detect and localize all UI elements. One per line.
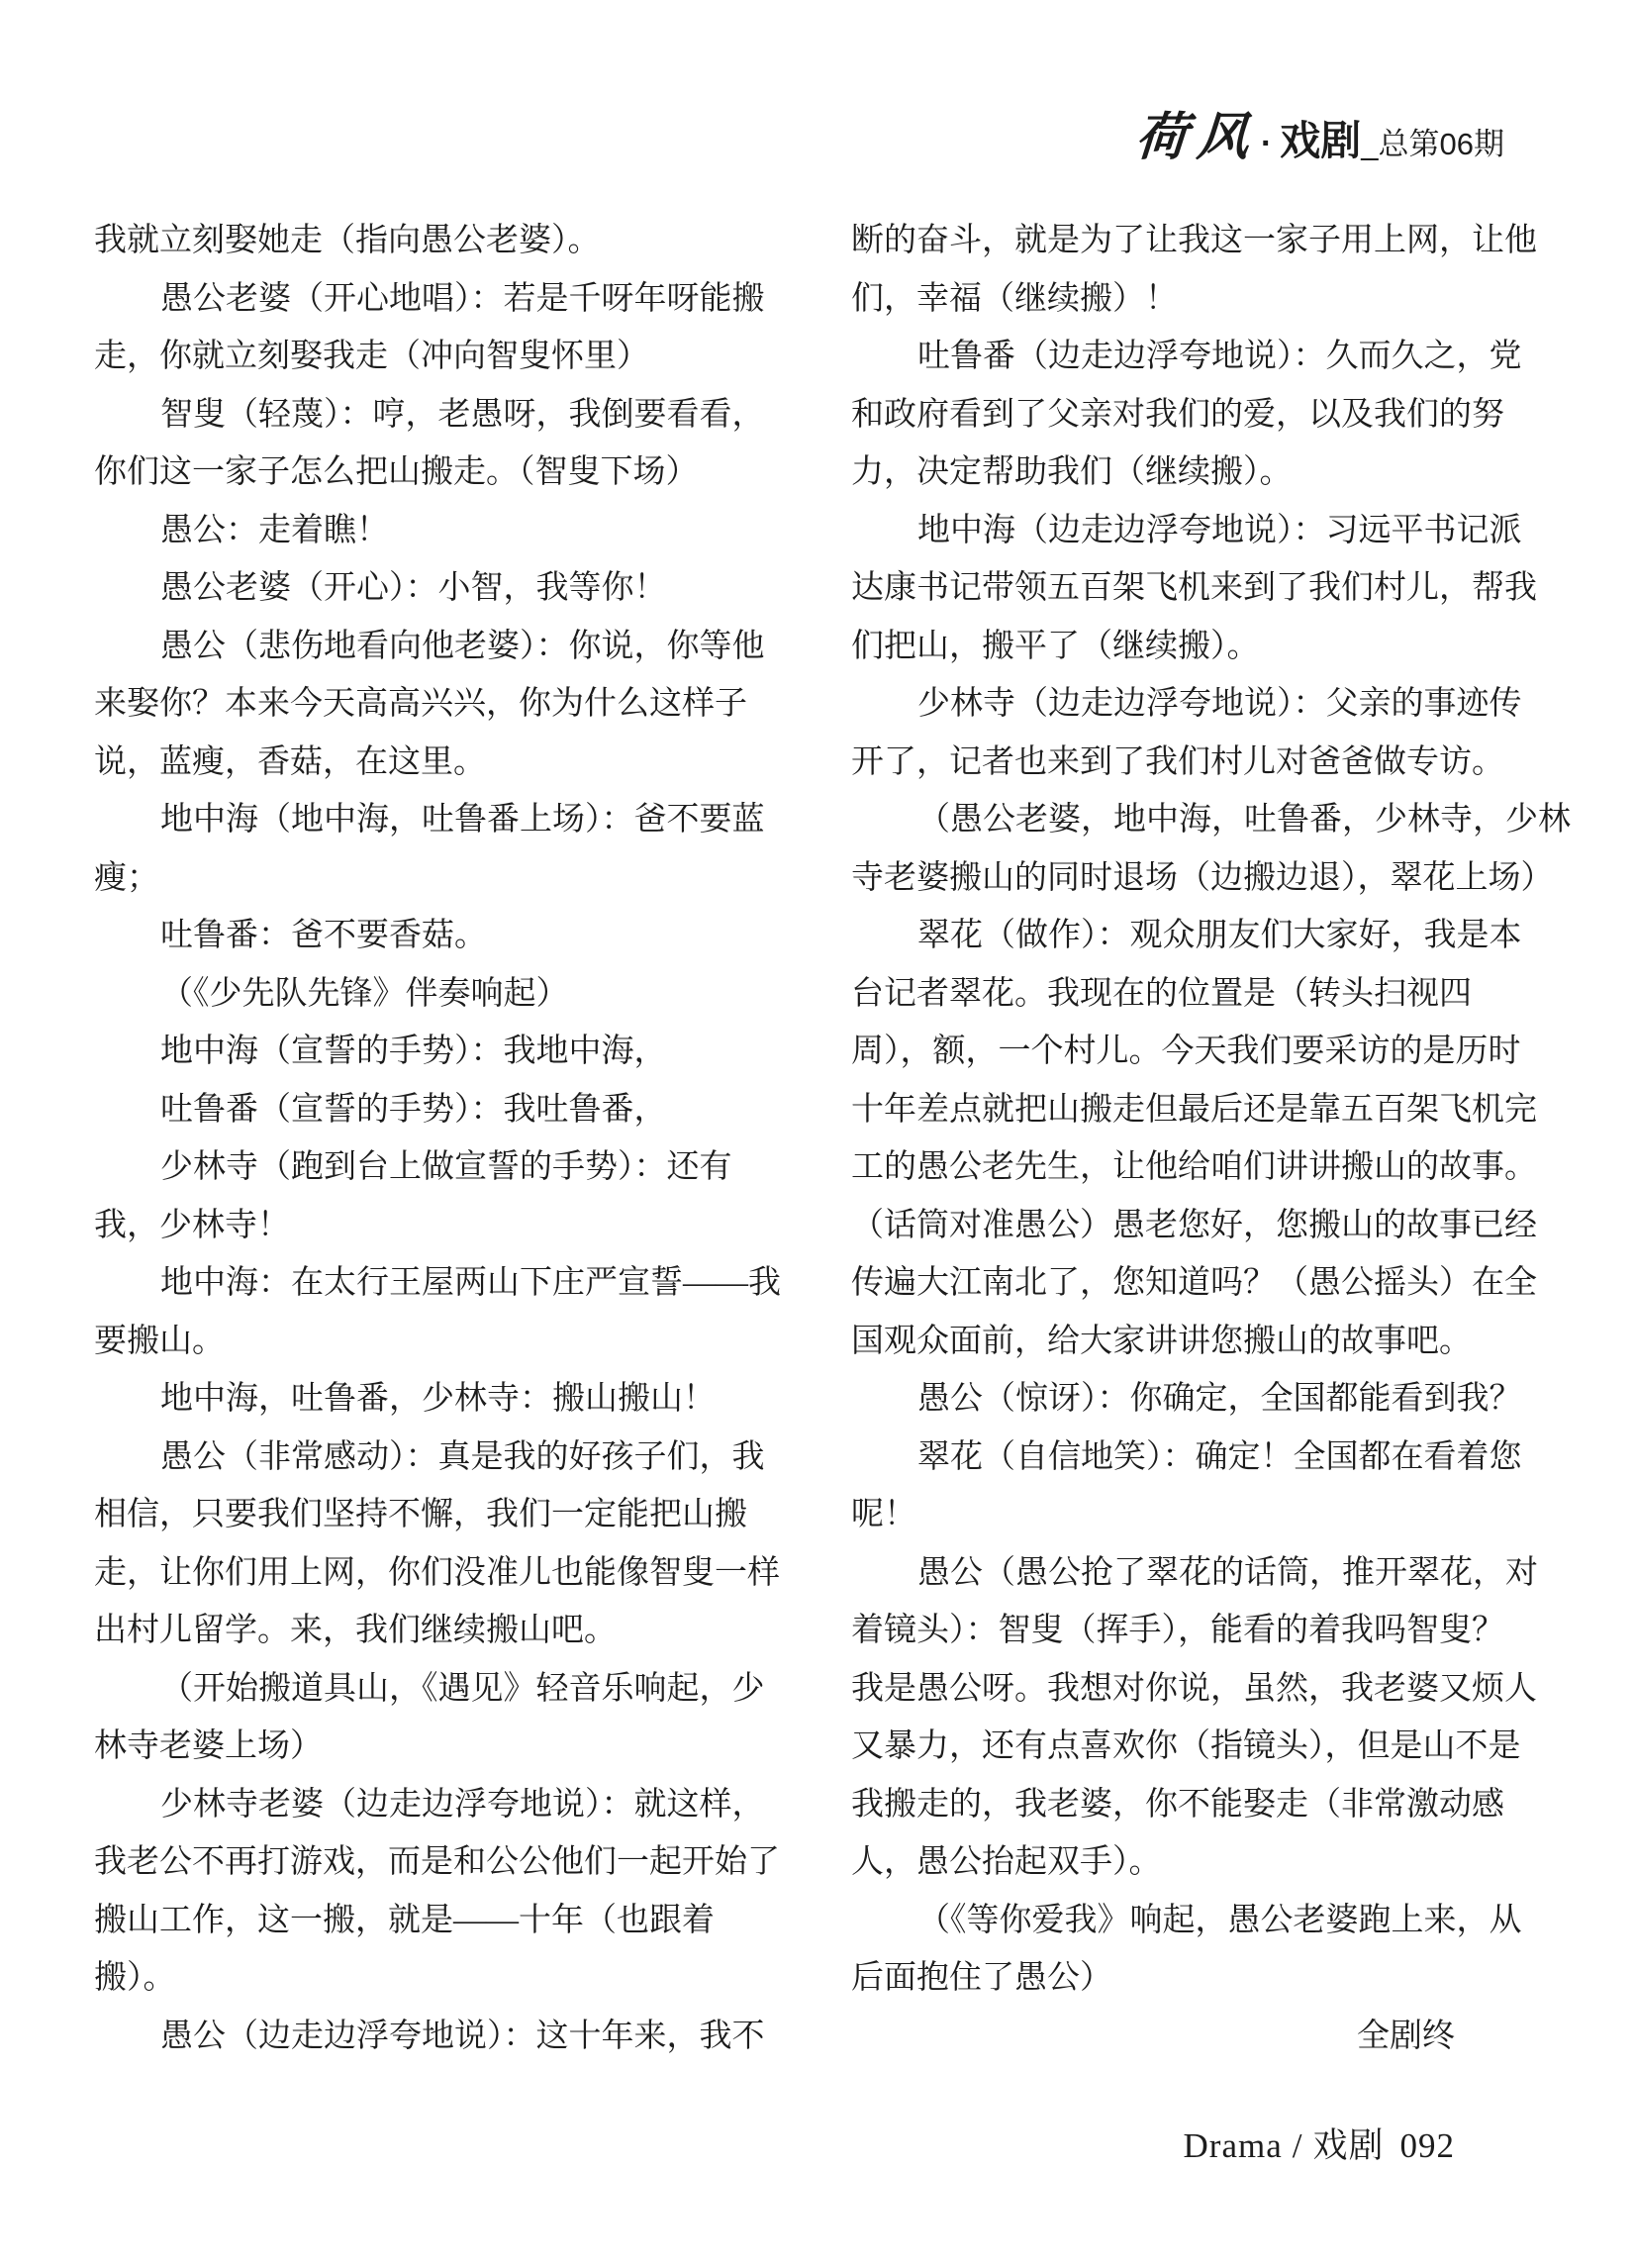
script-line: 开了，记者也来到了我们村儿对爸爸做专访。 bbox=[851, 734, 1539, 792]
script-line: 吐鲁番：爸不要香菇。 bbox=[94, 907, 782, 965]
script-line: （《少先队先锋》伴奏响起） bbox=[94, 965, 782, 1024]
script-line: （话筒对准愚公）愚老您好，您搬山的故事已经 bbox=[851, 1197, 1539, 1255]
script-line: （开始搬道具山，《遇见》轻音乐响起，少 bbox=[94, 1660, 782, 1719]
script-line: 我就立刻娶她走（指向愚公老婆）。 bbox=[94, 212, 782, 270]
script-line: 吐鲁番（边走边浮夸地说）：久而久之，党 bbox=[851, 328, 1539, 386]
script-line: 国观众面前，给大家讲讲您搬山的故事吧。 bbox=[851, 1313, 1539, 1371]
magazine-page: 荷风 · 戏剧 _总第06期 我就立刻娶她走（指向愚公老婆）。愚公老婆（开心地唱… bbox=[0, 0, 1634, 2268]
script-line: 智叟（轻蔑）：哼，老愚呀，我倒要看看， bbox=[94, 386, 782, 444]
script-line: 搬山工作，这一搬，就是——十年（也跟着 bbox=[94, 1892, 782, 1950]
magazine-logo-script: 荷风 bbox=[1133, 95, 1261, 169]
script-line: 愚公：走着瞧！ bbox=[94, 502, 782, 560]
script-line: 又暴力，还有点喜欢你（指镜头），但是山不是 bbox=[851, 1718, 1539, 1776]
script-line: 说，蓝瘦，香菇，在这里。 bbox=[94, 734, 782, 792]
right-column: 断的奋斗，就是为了让我这一家子用上网，让他们，幸福（继续搬）！吐鲁番（边走边浮夸… bbox=[851, 212, 1539, 2065]
script-line: 地中海，吐鲁番，少林寺：搬山搬山！ bbox=[94, 1370, 782, 1429]
script-line: 们，幸福（继续搬）！ bbox=[851, 270, 1539, 329]
article-body: 我就立刻娶她走（指向愚公老婆）。愚公老婆（开心地唱）：若是千呀年呀能搬走，你就立… bbox=[94, 212, 1539, 2065]
script-line: 来娶你？本来今天高高兴兴，你为什么这样子 bbox=[94, 675, 782, 734]
script-line: 少林寺（边走边浮夸地说）：父亲的事迹传 bbox=[851, 675, 1539, 734]
page-header: 荷风 · 戏剧 _总第06期 bbox=[1136, 95, 1504, 169]
script-line: 愚公老婆（开心）：小智，我等你！ bbox=[94, 559, 782, 618]
script-line: 吐鲁番（宣誓的手势）：我吐鲁番， bbox=[94, 1081, 782, 1139]
script-line: 愚公老婆（开心地唱）：若是千呀年呀能搬 bbox=[94, 270, 782, 329]
magazine-section-title: 戏剧 bbox=[1280, 108, 1361, 166]
script-line: 着镜头）：智叟（挥手），能看的着我吗智叟？ bbox=[851, 1602, 1539, 1660]
script-line: 地中海：在太行王屋两山下庄严宣誓——我 bbox=[94, 1254, 782, 1313]
script-line: 瘦； bbox=[94, 849, 782, 908]
script-line: 愚公（悲伤地看向他老婆）：你说，你等他 bbox=[94, 618, 782, 676]
script-line: 翠花（自信地笑）：确定！全国都在看着您 bbox=[851, 1429, 1539, 1487]
script-line: 寺老婆搬山的同时退场（边搬边退），翠花上场） bbox=[851, 849, 1539, 908]
script-line: 我老公不再打游戏，而是和公公他们一起开始了 bbox=[94, 1833, 782, 1892]
script-line: 台记者翠花。我现在的位置是（转头扫视四 bbox=[851, 965, 1539, 1024]
script-line: 林寺老婆上场） bbox=[94, 1718, 782, 1776]
script-line: （《等你爱我》响起，愚公老婆跑上来，从 bbox=[851, 1892, 1539, 1950]
script-line: 地中海（边走边浮夸地说）：习远平书记派 bbox=[851, 502, 1539, 560]
script-line: （愚公老婆，地中海，吐鲁番，少林寺，少林 bbox=[851, 791, 1539, 849]
script-line: 传遍大江南北了，您知道吗？（愚公摇头）在全 bbox=[851, 1254, 1539, 1313]
script-line: 地中海（宣誓的手势）：我地中海， bbox=[94, 1023, 782, 1081]
left-column: 我就立刻娶她走（指向愚公老婆）。愚公老婆（开心地唱）：若是千呀年呀能搬走，你就立… bbox=[94, 212, 782, 2065]
script-line: 周），额，一个村儿。今天我们要采访的是历时 bbox=[851, 1023, 1539, 1081]
issue-number: _总第06期 bbox=[1361, 119, 1504, 163]
script-line: 们把山，搬平了（继续搬）。 bbox=[851, 618, 1539, 676]
script-line: 少林寺老婆（边走边浮夸地说）：就这样， bbox=[94, 1776, 782, 1834]
header-separator-dot: · bbox=[1261, 125, 1272, 163]
script-line: 走，你就立刻娶我走（冲向智叟怀里） bbox=[94, 328, 782, 386]
script-line: 断的奋斗，就是为了让我这一家子用上网，让他 bbox=[851, 212, 1539, 270]
footer-section-zh: 戏剧 bbox=[1312, 2126, 1384, 2165]
script-line: 人，愚公抬起双手）。 bbox=[851, 1833, 1539, 1892]
script-line: 愚公（愚公抢了翠花的话筒，推开翠花，对 bbox=[851, 1544, 1539, 1603]
page-number: 092 bbox=[1400, 2126, 1456, 2165]
footer-section-en: Drama bbox=[1184, 2126, 1283, 2165]
script-line: 出村儿留学。来，我们继续搬山吧。 bbox=[94, 1602, 782, 1660]
script-line: 呢！ bbox=[851, 1486, 1539, 1544]
end-mark: 全剧终 bbox=[851, 2008, 1539, 2066]
script-line: 和政府看到了父亲对我们的爱，以及我们的努 bbox=[851, 386, 1539, 444]
script-line: 愚公（边走边浮夸地说）：这十年来，我不 bbox=[94, 2008, 782, 2066]
script-line: 力，决定帮助我们（继续搬）。 bbox=[851, 444, 1539, 502]
script-line: 我，少林寺！ bbox=[94, 1197, 782, 1255]
script-line: 工的愚公老先生，让他给咱们讲讲搬山的故事。 bbox=[851, 1138, 1539, 1197]
script-line: 我搬走的，我老婆，你不能娶走（非常激动感 bbox=[851, 1776, 1539, 1834]
script-line: 搬）。 bbox=[94, 1949, 782, 2008]
script-line: 少林寺（跑到台上做宣誓的手势）：还有 bbox=[94, 1138, 782, 1197]
page-footer: Drama/戏剧092 bbox=[1184, 2119, 1455, 2168]
script-line: 后面抱住了愚公） bbox=[851, 1949, 1539, 2008]
script-line: 翠花（做作）：观众朋友们大家好，我是本 bbox=[851, 907, 1539, 965]
script-line: 相信，只要我们坚持不懈，我们一定能把山搬 bbox=[94, 1486, 782, 1544]
script-line: 你们这一家子怎么把山搬走。（智叟下场） bbox=[94, 444, 782, 502]
script-line: 十年差点就把山搬走但最后还是靠五百架飞机完 bbox=[851, 1081, 1539, 1139]
script-line: 愚公（非常感动）：真是我的好孩子们，我 bbox=[94, 1429, 782, 1487]
script-line: 走，让你们用上网，你们没准儿也能像智叟一样 bbox=[94, 1544, 782, 1603]
script-line: 我是愚公呀。我想对你说，虽然，我老婆又烦人 bbox=[851, 1660, 1539, 1719]
script-line: 达康书记带领五百架飞机来到了我们村儿，帮我 bbox=[851, 559, 1539, 618]
script-line: 要搬山。 bbox=[94, 1313, 782, 1371]
script-line: 愚公（惊讶）：你确定，全国都能看到我？ bbox=[851, 1370, 1539, 1429]
script-line: 地中海（地中海，吐鲁番上场）：爸不要蓝 bbox=[94, 791, 782, 849]
footer-slash: / bbox=[1293, 2126, 1303, 2165]
